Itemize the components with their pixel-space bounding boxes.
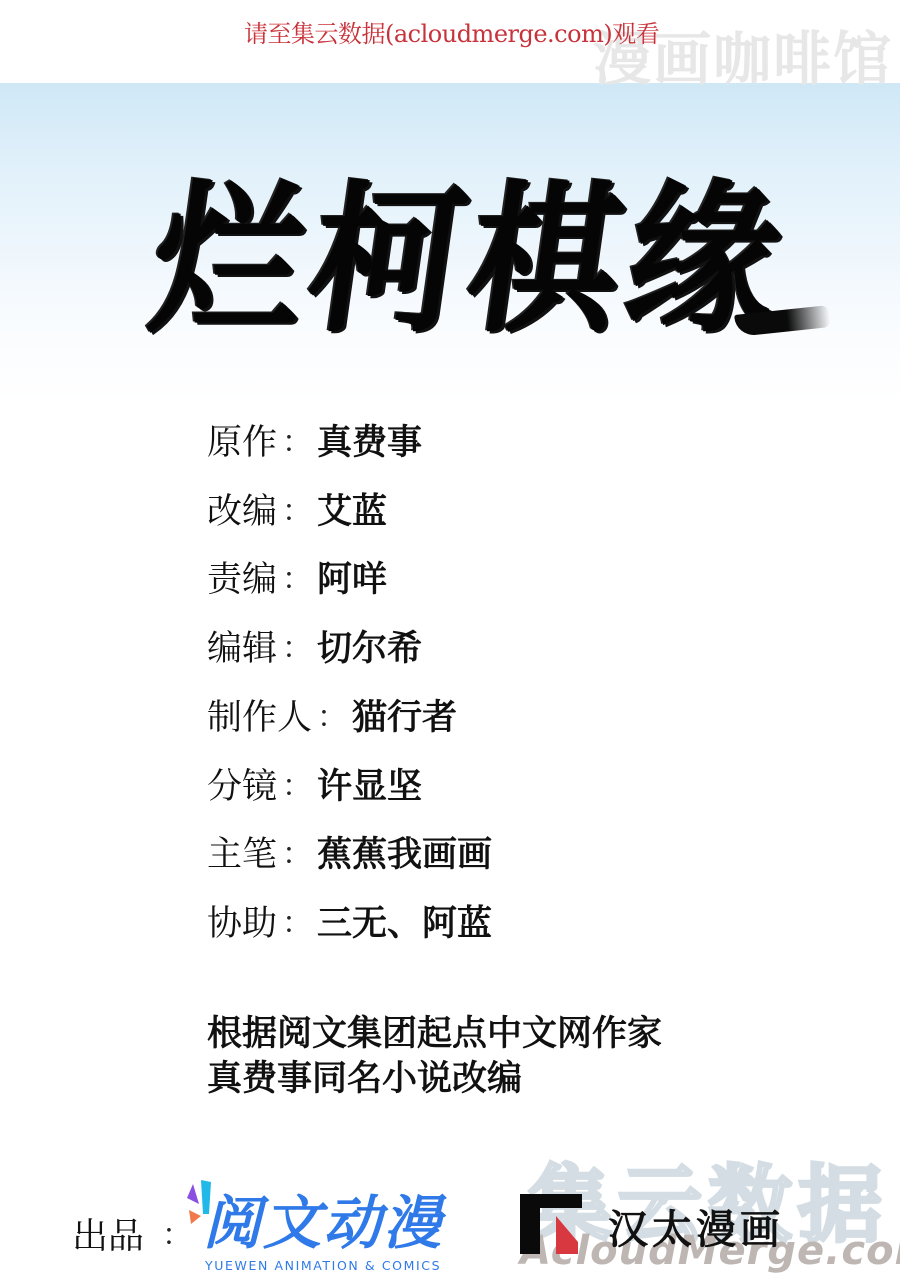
credit-row-original-author: 原作 ： 真费事	[207, 420, 422, 466]
credit-separator: ：	[277, 901, 317, 947]
credit-separator: ：	[277, 764, 317, 810]
publisher-label: 出品	[72, 1208, 144, 1259]
credit-row-storyboard: 分镜 ： 许显坚	[207, 764, 422, 810]
yuewen-subtitle: YUEWEN ANIMATION & COMICS	[205, 1258, 441, 1273]
credit-value: 许显坚	[317, 764, 422, 810]
credit-row-managing-editor: 责编 ： 阿咩	[207, 557, 387, 603]
credit-value: 猫行者	[352, 695, 457, 741]
credit-value: 艾蓝	[317, 489, 387, 535]
credit-value: 蕉蕉我画画	[317, 832, 492, 878]
credit-row-producer: 制作人 ： 猫行者	[207, 695, 457, 741]
hantai-name: 汉太漫画	[608, 1198, 784, 1255]
credit-separator: ：	[277, 557, 317, 603]
hantai-comics-logo: 汉太漫画	[520, 1190, 820, 1260]
credit-label: 改编	[207, 489, 277, 535]
yuewen-animation-logo: 阅文动漫 YUEWEN ANIMATION & COMICS	[185, 1180, 460, 1275]
credit-label: 原作	[207, 420, 277, 466]
credit-row-lead-artist: 主笔 ： 蕉蕉我画画	[207, 832, 492, 878]
credit-separator: ：	[277, 626, 317, 672]
credit-separator: ：	[277, 832, 317, 878]
top-banner: 漫画咖啡馆 请至集云数据(acloudmerge.com)观看	[0, 0, 900, 83]
credit-separator: ：	[312, 695, 352, 741]
source-line-1: 根据阅文集团起点中文网作家	[207, 1012, 662, 1057]
source-notice: 请至集云数据(acloudmerge.com)观看	[244, 14, 659, 49]
credit-row-editor: 编辑 ： 切尔希	[207, 626, 422, 672]
credit-separator: ：	[277, 420, 317, 466]
comic-title: 烂柯棋缘	[85, 152, 855, 368]
credit-label: 责编	[207, 557, 277, 603]
hantai-emblem-icon	[520, 1194, 590, 1254]
credit-value: 真费事	[317, 420, 422, 466]
credit-label: 分镜	[207, 764, 277, 810]
credit-label: 主笔	[207, 832, 277, 878]
credit-row-assistants: 协助 ： 三无、阿蓝	[207, 901, 492, 947]
credit-value: 切尔希	[317, 626, 422, 672]
credit-label: 协助	[207, 901, 277, 947]
source-note: 根据阅文集团起点中文网作家 真费事同名小说改编	[207, 1012, 662, 1102]
source-line-2: 真费事同名小说改编	[207, 1057, 662, 1102]
credit-label: 编辑	[207, 626, 277, 672]
yuewen-name: 阅文动漫	[203, 1192, 443, 1254]
credit-value: 阿咩	[317, 557, 387, 603]
credit-value: 三无、阿蓝	[317, 901, 492, 947]
credit-separator: ：	[277, 489, 317, 535]
credit-label: 制作人	[207, 695, 312, 741]
credit-row-adaptation: 改编 ： 艾蓝	[207, 489, 387, 535]
